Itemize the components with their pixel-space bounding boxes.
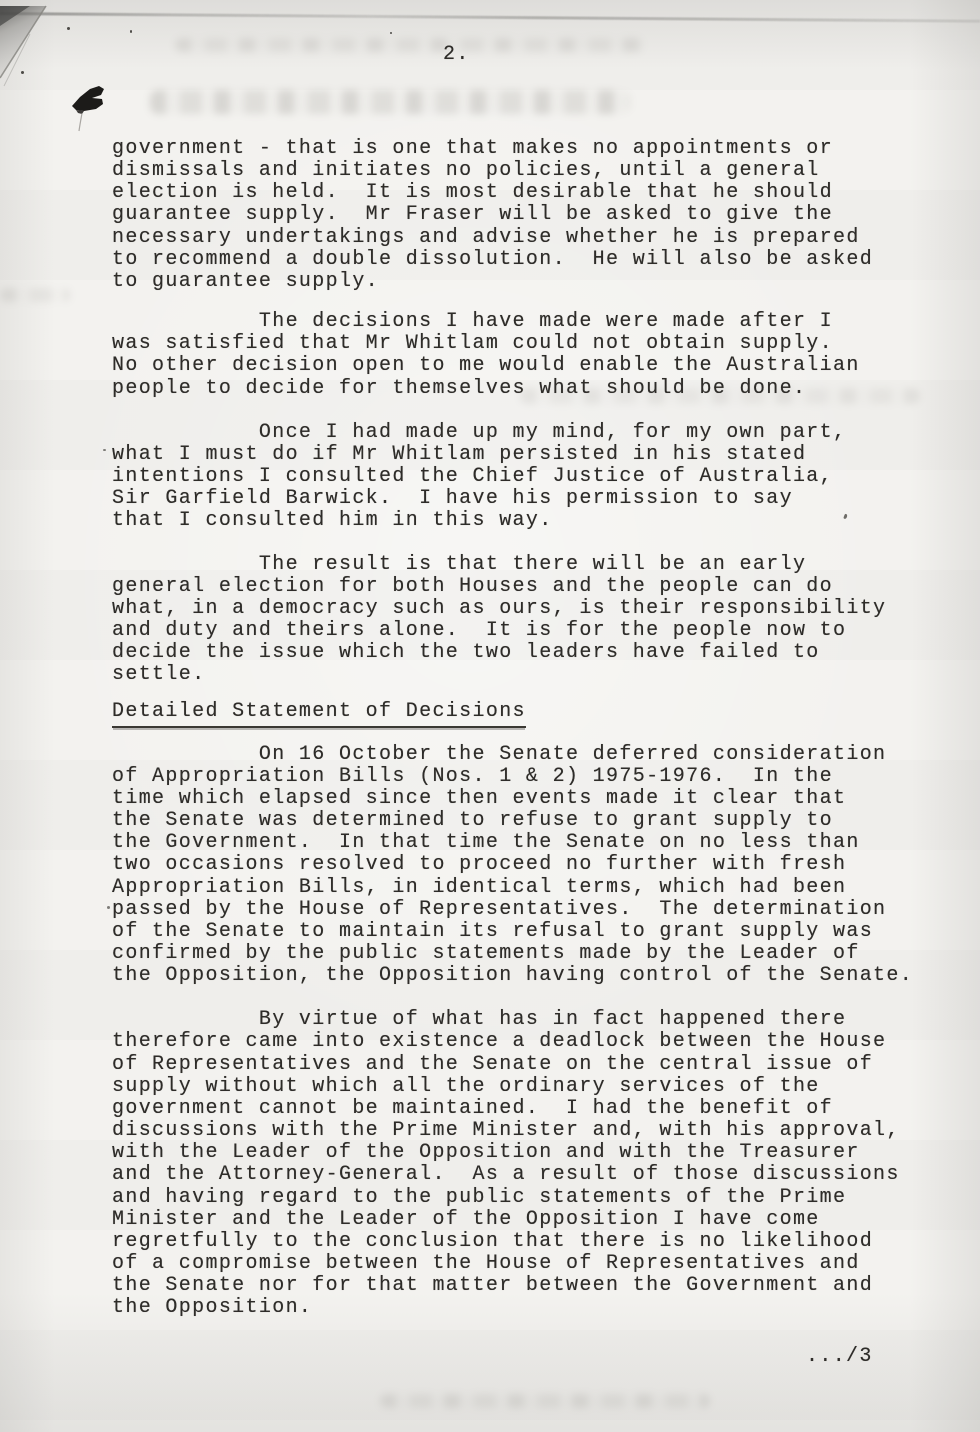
print-through-smudge: [0, 288, 70, 302]
page-number: 2.: [443, 44, 470, 66]
paper-speck: [67, 27, 70, 30]
section-heading: Detailed Statement of Decisions: [112, 701, 526, 727]
paper-speck: [21, 71, 24, 74]
paper-speck: [103, 449, 106, 451]
paper-speck: [107, 906, 110, 909]
paragraph: The decisions I have made were made afte…: [112, 311, 942, 400]
paragraph: The result is that there will be an earl…: [112, 554, 942, 687]
paragraph: By virtue of what has in fact happened t…: [112, 1009, 942, 1319]
paper-speck: [390, 32, 392, 34]
print-through-smudge: [380, 1394, 710, 1408]
print-through-smudge: [175, 38, 645, 52]
page-continuation-marker: .../3: [806, 1346, 873, 1368]
paragraph: government - that is one that makes no a…: [112, 138, 942, 293]
paper-speck: [130, 30, 132, 33]
document-body: government - that is one that makes no a…: [112, 138, 942, 1320]
paragraph: Once I had made up my mind, for my own p…: [112, 422, 942, 533]
scan-streak: [0, 12, 980, 23]
ink-blot: [70, 84, 110, 136]
paragraph: On 16 October the Senate deferred consid…: [112, 744, 942, 988]
print-through-smudge: [150, 90, 630, 114]
document-page: 2. government - that is one that makes n…: [0, 0, 980, 1432]
